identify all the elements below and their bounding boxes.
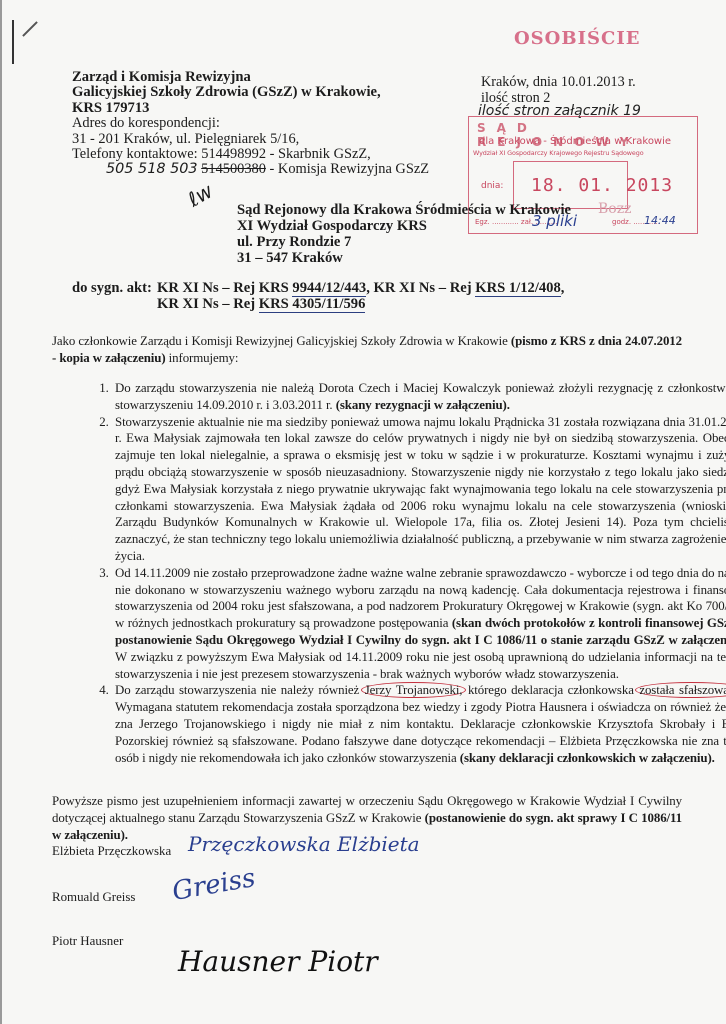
ref2-suffix: ,: [561, 280, 565, 296]
intro-paragraph: Jako członkowie Zarządu i Komisji Rewizy…: [52, 333, 682, 367]
recipient-block: Sąd Rejonowy dla Krakowa Śródmieścia w K…: [237, 202, 571, 266]
stamp-court-location: dla Krakowa - Śródmieścia w Krakowie: [479, 136, 671, 147]
sender-phones: Telefony kontaktowe: 514498992 - Skarbni…: [72, 147, 429, 162]
recipient-city: 31 – 547 Kraków: [237, 250, 571, 266]
ref2-prefix: , KR XI Ns – Rej: [366, 280, 475, 296]
ref3-prefix: KR XI Ns – Rej: [157, 296, 259, 312]
sender-block: Zarząd i Komisja Rewizyjna Galicyjskiej …: [72, 70, 429, 178]
handwritten-time: 14:44: [644, 214, 676, 227]
signatory-name: Romuald Greiss: [52, 890, 135, 905]
recipient-street: ul. Przy Rondzie 7: [237, 234, 571, 250]
personal-stamp: OSOBIŚCIE: [514, 28, 640, 49]
intro-text: Jako członkowie Zarządu i Komisji Rewizy…: [52, 334, 511, 348]
statement-list: Do zarządu stowarzyszenia nie należą Dor…: [52, 380, 726, 766]
sender-address: 31 - 201 Kraków, ul. Pielęgniarek 5/16,: [72, 132, 429, 147]
place-date: Kraków, dnia 10.01.2013 r.: [481, 75, 636, 91]
item-text: Do zarządu stowarzyszenia nie należy rów…: [115, 683, 364, 697]
stamp-date-label: dnia:: [481, 181, 503, 191]
sender-address-label: Adres do korespondencji:: [72, 116, 429, 131]
sender-name: Zarząd i Komisja Rewizyjna: [72, 70, 429, 85]
recipient-court: Sąd Rejonowy dla Krakowa Śródmieścia w K…: [237, 202, 571, 218]
signature-przeczkowska: Przęczkowska Elżbieta: [188, 832, 420, 856]
intro-tail: informujemy:: [166, 351, 239, 365]
handwritten-phone: 505 518 503: [106, 161, 198, 177]
sender-krs: KRS 179713: [72, 101, 429, 116]
case-reference: do sygn. akt:KR XI Ns – Rej KRS 9944/12/…: [72, 280, 564, 313]
signatory-name: Piotr Hausner: [52, 934, 123, 949]
sender-org: Galicyjskiej Szkoły Zdrowia (GSzZ) w Kra…: [72, 85, 429, 100]
list-item: Do zarządu stowarzyszenia nie należą Dor…: [115, 380, 726, 414]
place-date-block: Kraków, dnia 10.01.2013 r. ilość stron 2: [481, 75, 636, 106]
phone-suffix: - Komisja Rewizyjna GSzZ: [266, 161, 429, 177]
scan-edge: [0, 0, 2, 1024]
handwritten-page-count: ilość stron załącznik 19: [478, 103, 641, 119]
handwritten-initials: ℓw: [184, 178, 217, 211]
stamp-faint-text: Bozz: [598, 201, 631, 217]
ref1-number: 9944/12/443: [292, 280, 366, 297]
list-item: Od 14.11.2009 nie zostało przeprowadzone…: [115, 565, 726, 683]
ref3-number: KRS 4305/11/596: [259, 296, 366, 313]
stamp-department: Wydział XI Gospodarczy Krajowego Rejestr…: [473, 149, 644, 157]
struck-phone: 514500380: [201, 161, 266, 177]
signatory-name: Elżbieta Przęczkowska: [52, 844, 171, 859]
list-item: Do zarządu stowarzyszenia nie należy rów…: [115, 682, 726, 766]
list-item: Stowarzyszenie aktualnie nie ma siedziby…: [115, 414, 726, 565]
item-text: którego deklaracja członkowska: [463, 683, 638, 697]
stamp-date-value: 18. 01. 2013: [531, 175, 673, 196]
ref-label: do sygn. akt:: [72, 280, 157, 296]
signature-hausner: Hausner Piotr: [178, 945, 378, 978]
scanned-letter: OSOBIŚCIE Zarząd i Komisja Rewizyjna Gal…: [0, 0, 726, 1024]
circled-phrase: została sfałszowana.: [635, 682, 726, 698]
ref2-number: KRS 1/12/408: [475, 280, 561, 297]
item-bold: (skany rezygnacji w załączeniu).: [336, 398, 510, 412]
ref1-prefix: KR XI Ns – Rej KRS: [157, 280, 292, 296]
item-bold: (skany deklaracji członkowskich w załącz…: [460, 751, 715, 765]
handwritten-mark: [12, 20, 14, 64]
stamp-godz-label: godz.: [612, 218, 631, 226]
recipient-department: XI Wydział Gospodarczy KRS: [237, 218, 571, 234]
signature-greiss: Greiss: [170, 863, 258, 907]
item-text: Stowarzyszenie aktualnie nie ma siedziby…: [115, 415, 726, 563]
handwritten-tick: [22, 21, 38, 37]
circled-name: Jerzy Trojanowski,: [361, 682, 467, 698]
sender-phone-commission: 505 518 503 514500380 - Komisja Rewizyjn…: [72, 162, 429, 177]
